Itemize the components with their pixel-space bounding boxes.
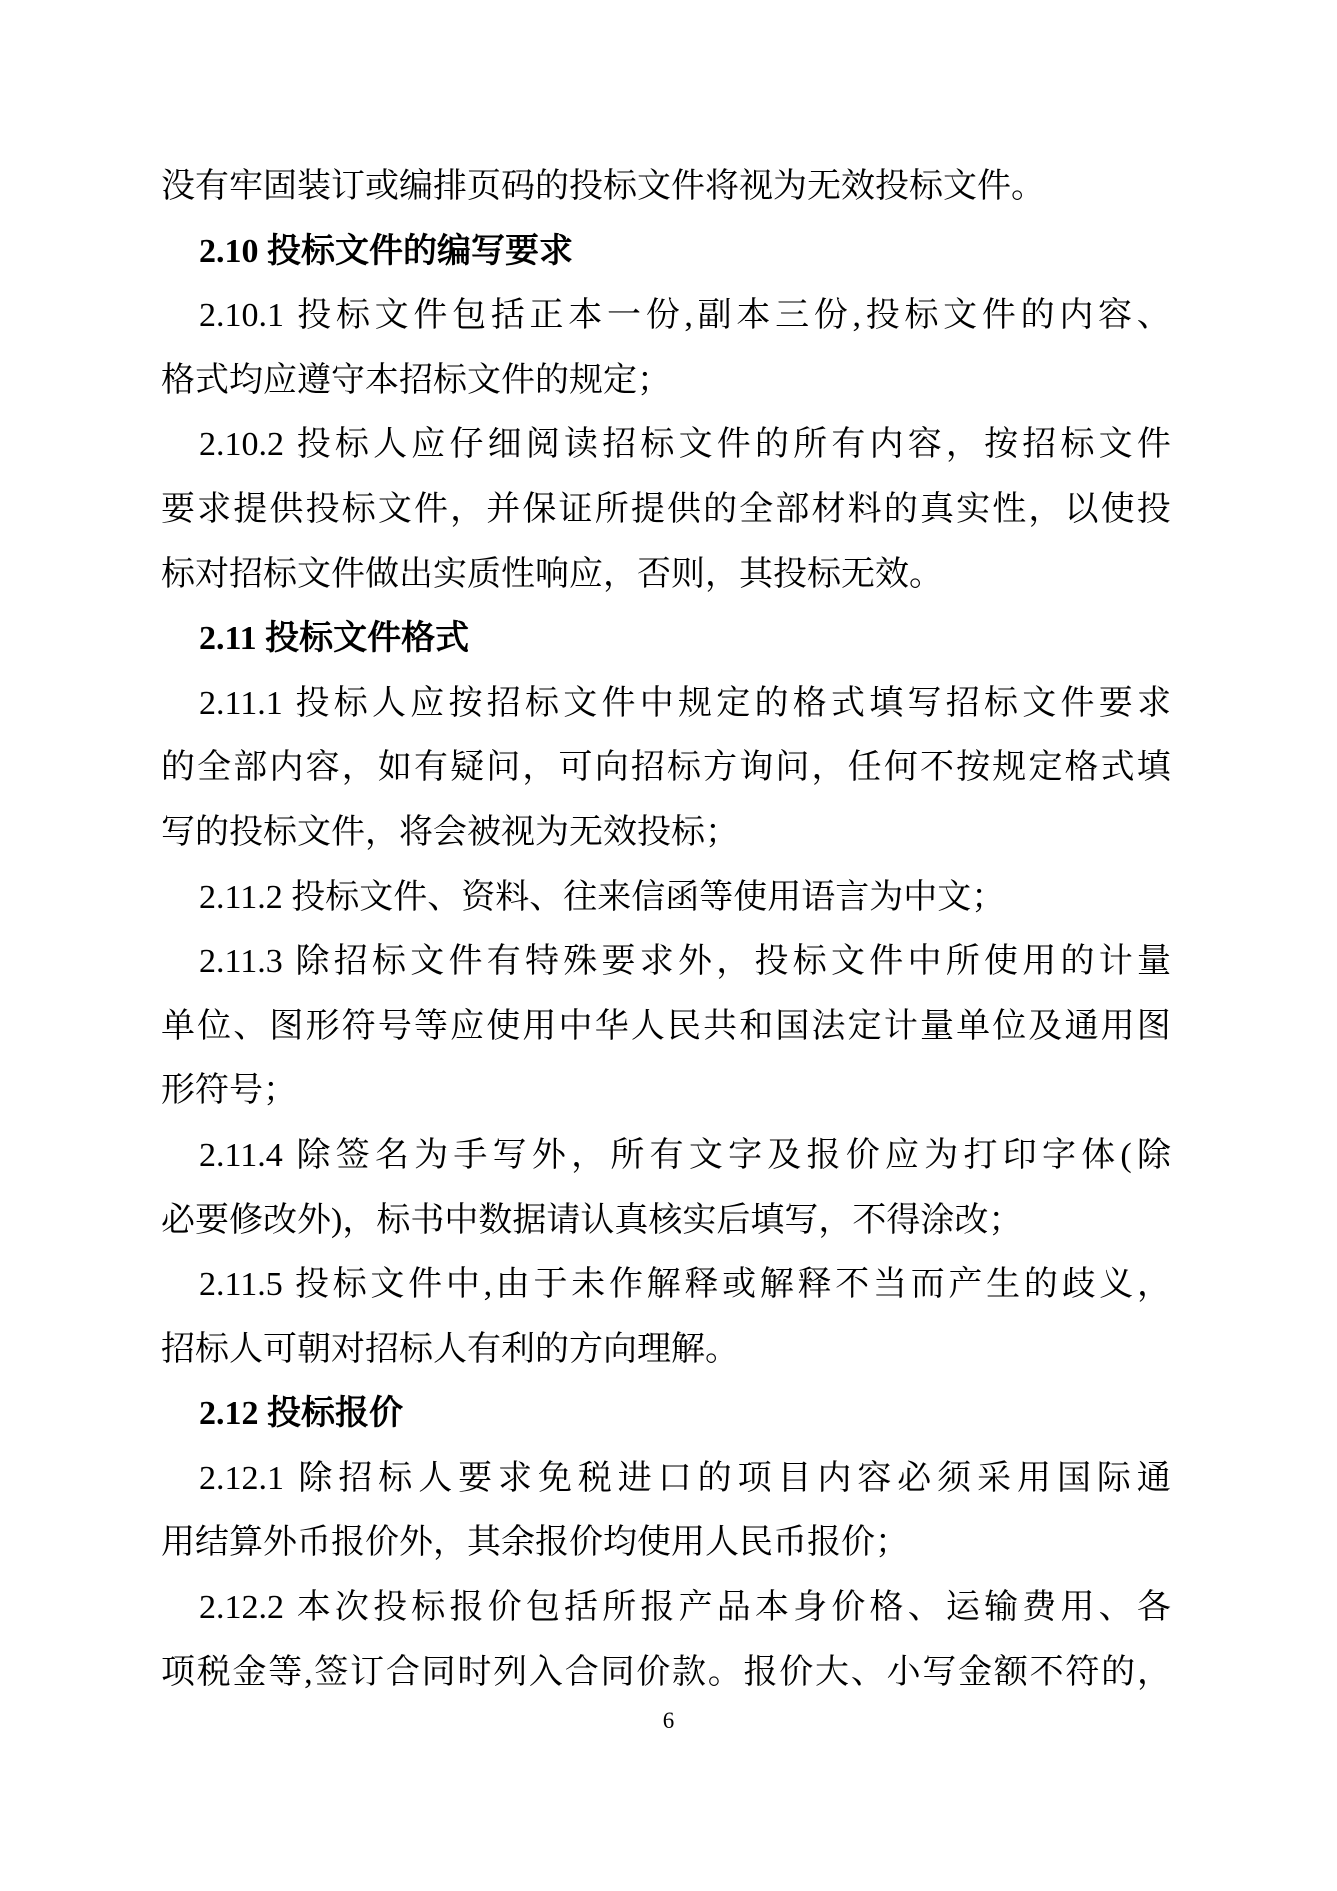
document-page: 没有牢固装订或编排页码的投标文件将视为无效投标文件。2.10 投标文件的编写要求… — [0, 0, 1337, 1891]
text-line: 用结算外币报价外，其余报价均使用人民币报价； — [161, 1511, 1171, 1576]
text-line: 2.11.4 除签名为手写外，所有文字及报价应为打印字体(除 — [161, 1124, 1171, 1189]
text-line: 项税金等,签订合同时列入合同价款。报价大、小写金额不符的， — [161, 1641, 1171, 1706]
text-line: 必要修改外)，标书中数据请认真核实后填写，不得涂改； — [161, 1189, 1171, 1254]
text-line: 2.11.2 投标文件、资料、往来信函等使用语言为中文； — [161, 866, 1171, 931]
text-line: 2.12.2 本次投标报价包括所报产品本身价格、运输费用、各 — [161, 1576, 1171, 1641]
text-line: 2.11.5 投标文件中,由于未作解释或解释不当而产生的歧义， — [161, 1253, 1171, 1318]
text-line: 2.12.1 除招标人要求免税进口的项目内容必须采用国际通 — [161, 1447, 1171, 1512]
text-line: 要求提供投标文件，并保证所提供的全部材料的真实性，以使投 — [161, 478, 1171, 543]
text-line: 单位、图形符号等应使用中华人民共和国法定计量单位及通用图 — [161, 995, 1171, 1060]
heading-line: 2.10 投标文件的编写要求 — [161, 220, 1171, 285]
page-number: 6 — [0, 1706, 1337, 1736]
text-line: 标对招标文件做出实质性响应，否则，其投标无效。 — [161, 543, 1171, 608]
text-line: 写的投标文件，将会被视为无效投标； — [161, 801, 1171, 866]
text-line: 2.11.1 投标人应按招标文件中规定的格式填写招标文件要求 — [161, 672, 1171, 737]
document-body: 没有牢固装订或编排页码的投标文件将视为无效投标文件。2.10 投标文件的编写要求… — [161, 155, 1171, 1705]
text-line: 的全部内容，如有疑问，可向招标方询问，任何不按规定格式填 — [161, 736, 1171, 801]
heading-line: 2.11 投标文件格式 — [161, 607, 1171, 672]
text-line: 形符号； — [161, 1059, 1171, 1124]
heading-line: 2.12 投标报价 — [161, 1382, 1171, 1447]
text-line: 格式均应遵守本招标文件的规定； — [161, 349, 1171, 414]
text-line: 招标人可朝对招标人有利的方向理解。 — [161, 1318, 1171, 1383]
text-line: 2.10.1 投标文件包括正本一份,副本三份,投标文件的内容、 — [161, 284, 1171, 349]
text-line: 2.11.3 除招标文件有特殊要求外，投标文件中所使用的计量 — [161, 930, 1171, 995]
text-line: 没有牢固装订或编排页码的投标文件将视为无效投标文件。 — [161, 155, 1171, 220]
text-line: 2.10.2 投标人应仔细阅读招标文件的所有内容，按招标文件 — [161, 413, 1171, 478]
